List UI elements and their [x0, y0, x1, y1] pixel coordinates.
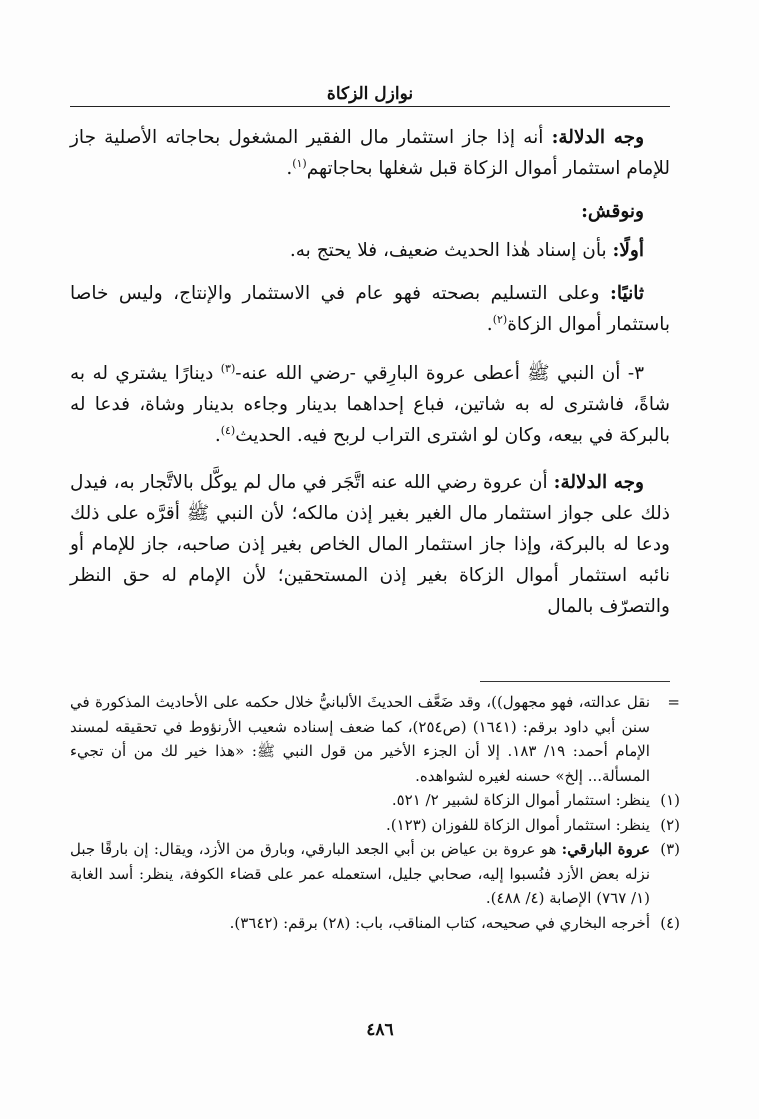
- footnote-4: (٤) أخرجه البخاري في صحيحه، كتاب المناقب…: [70, 911, 680, 936]
- running-title: نوازل الزكاة: [70, 84, 670, 104]
- footnote-number: (٤): [650, 911, 680, 936]
- footnote-text: أخرجه البخاري في صحيحه، كتاب المناقب، با…: [70, 911, 650, 936]
- paragraph-text: أن عروة رضي الله عنه اتَّجَر في مال لم ي…: [70, 472, 670, 617]
- footnote-2: (٢) ينظر: استثمار أموال الزكاة للفوزان (…: [70, 813, 680, 838]
- paragraph-lead: ونوقش:: [581, 201, 644, 222]
- paragraph-text: بأن إسناد هٰذا الحديث ضعيف، فلا يحتج به.: [290, 240, 613, 261]
- paragraph-lead: أولًا:: [613, 240, 644, 261]
- paragraph-hadith-3: ٣- أن النبي ﷺ أعطى عروة البارِقي -رضي ال…: [70, 358, 670, 451]
- paragraph-text: وعلى التسليم بصحته فهو عام في الاستثمار …: [70, 283, 670, 335]
- footnote-3: (٣) عروة البارقي: هو عروة بن عياض بن أبي…: [70, 837, 680, 911]
- paragraph-second: ثانيًا: وعلى التسليم بصحته فهو عام في ال…: [70, 278, 670, 340]
- footnote-ref-2[interactable]: (٢): [493, 313, 508, 326]
- footnote-text: ينظر: استثمار أموال الزكاة لشبير ٢/ ٥٢١.: [70, 788, 650, 813]
- paragraph-text: ٣- أن النبي ﷺ أعطى عروة البارِقي -رضي ال…: [235, 363, 644, 384]
- footnote-ref-1[interactable]: (١): [292, 157, 307, 170]
- continuation-marker: =: [650, 690, 680, 715]
- paragraph-first: أولًا: بأن إسناد هٰذا الحديث ضعيف، فلا ي…: [70, 235, 670, 266]
- footnote-number: (١): [650, 788, 680, 813]
- paragraph-lead: وجه الدلالة:: [552, 127, 644, 148]
- footnote-body: عروة البارقي: هو عروة بن عياض بن أبي الج…: [70, 837, 650, 911]
- paragraph-lead: وجه الدلالة:: [554, 472, 644, 493]
- footnote-text: ينظر: استثمار أموال الزكاة للفوزان (١٢٣)…: [70, 813, 650, 838]
- footnote-number: (٢): [650, 813, 680, 838]
- page-number: ٤٨٦: [330, 1020, 430, 1040]
- paragraph-objection: ونوقش:: [70, 196, 670, 227]
- footnotes: = نقل عدالته، فهو مجهول))، وقد ضَعَّف ال…: [70, 690, 680, 935]
- footnote-number: (٣): [650, 837, 680, 862]
- paragraph-lead: ثانيًا:: [610, 283, 644, 304]
- footnote-text: نقل عدالته، فهو مجهول))، وقد ضَعَّف الحد…: [70, 690, 650, 788]
- footnote-continuation: = نقل عدالته، فهو مجهول))، وقد ضَعَّف ال…: [70, 690, 680, 788]
- book-page: نوازل الزكاة وجه الدلالة: أنه إذا جاز اس…: [0, 0, 759, 1119]
- paragraph-evidence-2: وجه الدلالة: أن عروة رضي الله عنه اتَّجَ…: [70, 467, 670, 622]
- footnote-rule: [480, 681, 670, 682]
- paragraph-evidence-1: وجه الدلالة: أنه إذا جاز استثمار مال الف…: [70, 122, 670, 184]
- footnote-ref-3[interactable]: (٣): [221, 362, 236, 375]
- header-rule: [70, 106, 670, 107]
- footnote-ref-4[interactable]: (٤): [221, 424, 236, 437]
- main-text: وجه الدلالة: أنه إذا جاز استثمار مال الف…: [70, 122, 670, 622]
- footnote-1: (١) ينظر: استثمار أموال الزكاة لشبير ٢/ …: [70, 788, 680, 813]
- footnote-lead: عروة البارقي:: [562, 840, 650, 858]
